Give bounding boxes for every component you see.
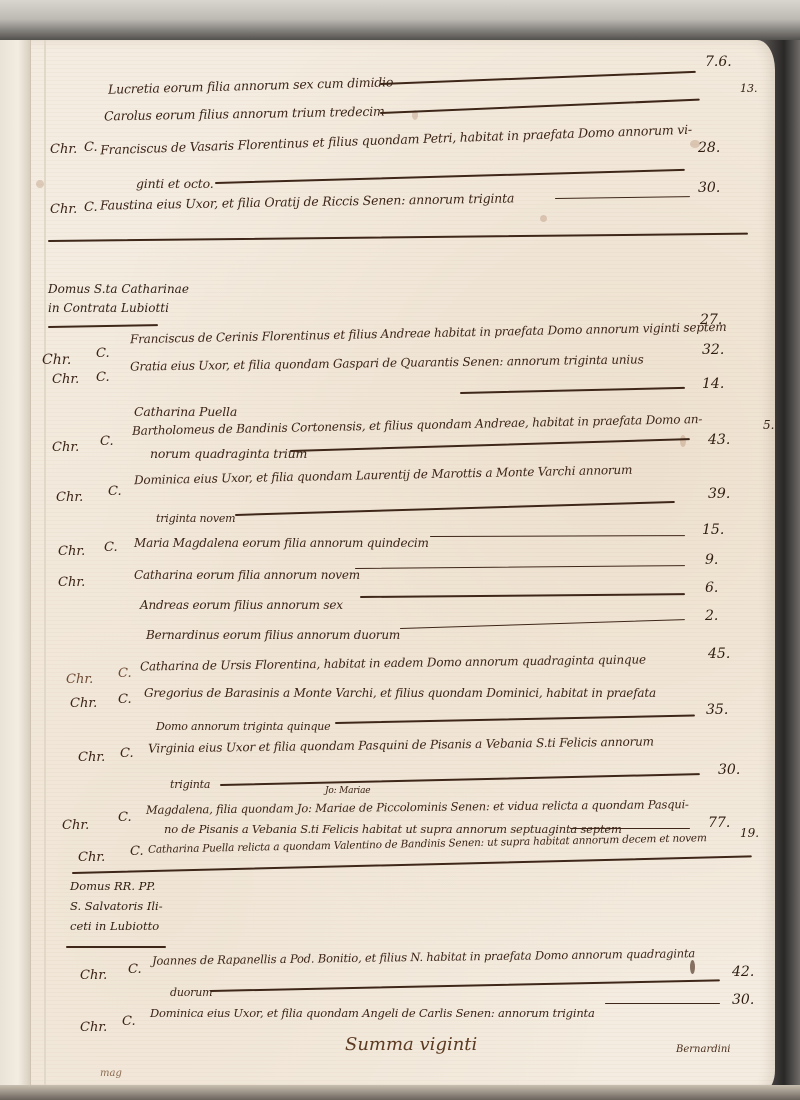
entry-text: Andreas eorum filius annorum sex: [140, 598, 343, 612]
age-value: 13.: [740, 82, 758, 95]
chr-mark: Chr.: [58, 575, 85, 590]
ink-stain: [690, 960, 695, 974]
chr-mark: Chr.: [70, 696, 97, 711]
age-value: 7.6.: [705, 54, 732, 70]
section-heading-line: S. Salvatoris Ili-: [70, 896, 163, 916]
entry-text: triginta: [170, 778, 210, 791]
c-mark: C.: [96, 370, 110, 385]
c-mark: C.: [118, 810, 132, 825]
age-value: 2.: [705, 608, 718, 624]
summa-total: Summa viginti: [345, 1034, 477, 1055]
section-heading-line: ceti in Lubiotto: [70, 916, 163, 936]
age-value: 28.: [698, 140, 720, 156]
age-value: 45.: [708, 646, 730, 662]
chr-mark: Chr.: [62, 818, 89, 833]
ruled-line: [570, 828, 690, 829]
chr-mark: Chr.: [58, 544, 85, 559]
age-value: 27.: [700, 312, 722, 328]
age-value: 30.: [698, 180, 720, 196]
ink-stain: [540, 215, 547, 222]
binding-fold: [44, 40, 46, 1090]
chr-mark: Chr.: [52, 372, 79, 387]
entry-text: ginti et octo.: [136, 176, 213, 191]
chr-mark: Chr.: [66, 672, 93, 687]
c-mark: C.: [128, 962, 142, 977]
ink-stain: [680, 435, 686, 447]
section-heading-line: in Contrata Lubiotti: [48, 299, 189, 318]
section-heading: Domus RR. PP. S. Salvatoris Ili- ceti in…: [70, 876, 163, 936]
chr-mark: Chr.: [78, 750, 105, 765]
entry-text: Bernardinus eorum filius annorum duorum: [146, 628, 400, 642]
chr-mark: Chr.: [78, 850, 105, 865]
chr-mark: Chr.: [52, 440, 79, 455]
age-value: 9.: [705, 552, 718, 568]
entry-text: Catharina eorum filia annorum novem: [134, 568, 360, 582]
age-value: 39.: [708, 486, 730, 502]
chr-mark: Chr.: [50, 142, 77, 157]
section-heading: Domus S.ta Catharinae in Contrata Lubiot…: [48, 280, 189, 318]
ink-stain: [36, 180, 44, 188]
c-mark: C.: [118, 666, 132, 681]
margin-note: 5.: [763, 418, 774, 432]
chr-mark: Chr.: [80, 968, 107, 983]
age-value: 15.: [702, 522, 724, 538]
section-heading-line: Domus RR. PP.: [70, 876, 163, 896]
chr-mark: Chr.: [50, 202, 77, 217]
entry-text: duorum: [170, 986, 212, 999]
c-mark: C.: [108, 484, 122, 499]
age-value: 77.: [708, 815, 730, 831]
c-mark: C.: [118, 692, 132, 707]
entry-text: Catharina Puella: [134, 404, 237, 419]
chr-mark: Chr.: [80, 1020, 107, 1035]
page-bottom-edge: [0, 1085, 800, 1100]
entry-text: no de Pisanis a Vebania S.ti Felicis hab…: [164, 822, 622, 836]
entry-text: triginta novem: [156, 512, 235, 525]
c-mark: C.: [84, 140, 98, 155]
section-heading-line: Domus S.ta Catharinae: [48, 280, 189, 299]
ruled-line: [605, 1003, 720, 1004]
entry-text: norum quadraginta trium: [150, 446, 307, 461]
age-value: 14.: [702, 376, 724, 392]
age-value: 42.: [732, 964, 754, 980]
age-value: 30.: [718, 762, 740, 778]
signature: Bernardini: [676, 1044, 730, 1055]
age-value: 35.: [706, 702, 728, 718]
margin-note: mag: [100, 1068, 122, 1079]
page-binding: [0, 40, 31, 1090]
c-mark: C.: [84, 200, 98, 215]
age-value: 19.: [740, 826, 759, 840]
age-value: 32.: [702, 342, 724, 358]
entry-text: Maria Magdalena eorum filia annorum quin…: [134, 536, 429, 550]
c-mark: C.: [122, 1014, 136, 1029]
c-mark: C.: [104, 540, 118, 555]
age-value: 6.: [705, 580, 718, 596]
interlinear-note: Jo: Mariae: [325, 786, 370, 796]
entry-text: Dominica eius Uxor, et filia quondam Ang…: [150, 1006, 595, 1020]
heading-underline: [66, 946, 166, 948]
chr-mark: Chr.: [56, 490, 83, 505]
entry-text: Gregorius de Barasinis a Monte Varchi, e…: [144, 686, 656, 700]
age-value: 30.: [732, 992, 754, 1008]
c-mark: C.: [120, 746, 134, 761]
c-mark: C.: [96, 346, 110, 361]
c-mark: C.: [100, 434, 114, 449]
chr-mark: Chr.: [42, 352, 71, 368]
entry-text: Domo annorum triginta quinque: [156, 720, 331, 733]
age-value: 43.: [708, 432, 730, 448]
c-mark: C.: [130, 844, 144, 859]
